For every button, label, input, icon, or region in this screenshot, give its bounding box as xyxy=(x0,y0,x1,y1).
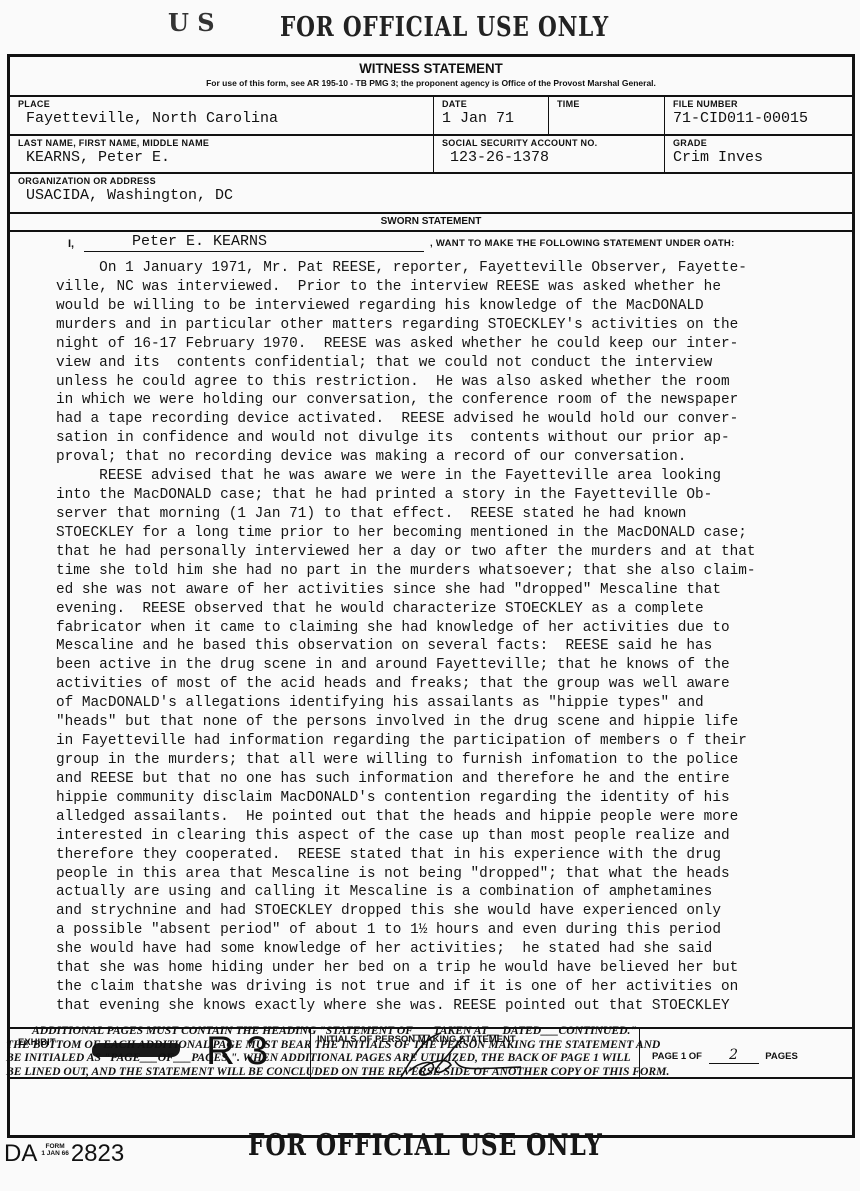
additional-pages-notice: ADDITIONAL PAGES MUST CONTAIN THE HEADIN… xyxy=(6,1024,842,1078)
statement-line: activities of most of the acid heads and… xyxy=(56,675,846,694)
statement-line: murders and in particular other matters … xyxy=(56,316,846,335)
statement-line: she would have had some knowledge of her… xyxy=(56,940,846,959)
grade-value: Crim Inves xyxy=(673,149,846,166)
statement-line: in which we were holding our conversatio… xyxy=(56,391,846,410)
statement-line: that evening she knows exactly where she… xyxy=(56,997,846,1016)
date-value: 1 Jan 71 xyxy=(442,110,542,127)
notice-line: BE INITIALED AS "PAGE___OF___PAGES.". WH… xyxy=(6,1051,842,1065)
statement-line: STOECKLEY for a long time prior to her b… xyxy=(56,524,846,543)
place-value: Fayetteville, North Carolina xyxy=(18,110,427,127)
file-number-label: FILE NUMBER xyxy=(673,99,846,109)
oath-line: I, Peter E. KEARNS , WANT TO MAKE THE FO… xyxy=(10,232,852,254)
row-place-date: PLACE Fayetteville, North Carolina DATE … xyxy=(10,97,852,136)
date-label: DATE xyxy=(442,99,542,109)
statement-line: hippie community disclaim MacDONALD's co… xyxy=(56,789,846,808)
statement-line: ville, NC was interviewed. Prior to the … xyxy=(56,278,846,297)
statement-line: unless he could agree to this restrictio… xyxy=(56,373,846,392)
statement-line: interested in clearing this aspect of th… xyxy=(56,827,846,846)
name-field[interactable]: LAST NAME, FIRST NAME, MIDDLE NAME KEARN… xyxy=(10,136,434,172)
statement-line: sation in confidence and would not divul… xyxy=(56,429,846,448)
statement-line: proval; that no recording device was mak… xyxy=(56,448,846,467)
statement-line: ed she was not aware of her activities s… xyxy=(56,581,846,600)
organization-value: USACIDA, Washington, DC xyxy=(18,187,846,204)
name-label: LAST NAME, FIRST NAME, MIDDLE NAME xyxy=(18,138,427,148)
form-header: WITNESS STATEMENT For use of this form, … xyxy=(10,57,852,97)
form-date: FORM1 JAN 66 xyxy=(41,1143,68,1157)
ssn-label: SOCIAL SECURITY ACCOUNT NO. xyxy=(442,138,658,148)
file-number-value: 71-CID011-00015 xyxy=(673,110,846,127)
organization-field[interactable]: ORGANIZATION OR ADDRESS USACIDA, Washing… xyxy=(10,174,852,212)
form-title: WITNESS STATEMENT xyxy=(31,57,831,76)
oath-i-label: I, xyxy=(68,238,74,250)
statement-line: On 1 January 1971, Mr. Pat REESE, report… xyxy=(56,259,846,278)
ssn-field[interactable]: SOCIAL SECURITY ACCOUNT NO. 123-26-1378 xyxy=(434,136,665,172)
statement-line: that she was home hiding under her bed o… xyxy=(56,959,846,978)
row-name-ssn: LAST NAME, FIRST NAME, MIDDLE NAME KEARN… xyxy=(10,136,852,174)
official-use-stamp-bottom: FOR OFFICIAL USE ONLY xyxy=(248,1128,603,1163)
row-organization: ORGANIZATION OR ADDRESS USACIDA, Washing… xyxy=(10,174,852,214)
statement-line: and REESE but that no one has such infor… xyxy=(56,770,846,789)
stamp-fragment: U S xyxy=(168,8,215,37)
statement-line: REESE advised that he was aware we were … xyxy=(56,467,846,486)
notice-line: BE LINED OUT, AND THE STATEMENT WILL BE … xyxy=(6,1065,842,1079)
statement-line: therefore they cooperated. REESE stated … xyxy=(56,846,846,865)
statement-line: server that morning (1 Jan 71) to that e… xyxy=(56,505,846,524)
statement-line: actually are using and calling it Mescal… xyxy=(56,883,846,902)
statement-line: people in this area that Mescaline is no… xyxy=(56,865,846,884)
statement-line: evening. REESE observed that he would ch… xyxy=(56,600,846,619)
statement-line: group in the murders; that all were will… xyxy=(56,751,846,770)
statement-line: of MacDONALD's allegations identifying h… xyxy=(56,694,846,713)
statement-line: time she told him she had no part in the… xyxy=(56,562,846,581)
place-field[interactable]: PLACE Fayetteville, North Carolina xyxy=(10,97,434,134)
witness-statement-form: WITNESS STATEMENT For use of this form, … xyxy=(7,54,855,1138)
form-prefix: DA xyxy=(4,1140,37,1167)
statement-line: view and its contents confidential; that… xyxy=(56,354,846,373)
statement-body: On 1 January 1971, Mr. Pat REESE, report… xyxy=(56,259,846,1016)
time-label: TIME xyxy=(557,99,658,109)
official-use-stamp-top: FOR OFFICIAL USE ONLY xyxy=(280,12,609,43)
statement-line: into the MacDONALD case; that he had pri… xyxy=(56,486,846,505)
sworn-statement-heading: SWORN STATEMENT xyxy=(10,214,852,232)
oath-text: , WANT TO MAKE THE FOLLOWING STATEMENT U… xyxy=(430,238,735,249)
statement-line: would be willing to be interviewed regar… xyxy=(56,297,846,316)
statement-line: the claim thatshe was driving is not tru… xyxy=(56,978,846,997)
statement-line: Mescaline and he based this observation … xyxy=(56,637,846,656)
time-field[interactable]: TIME xyxy=(549,97,665,134)
grade-label: GRADE xyxy=(673,138,846,148)
ssn-value: 123-26-1378 xyxy=(442,149,658,166)
form-small-label: FORM xyxy=(46,1143,65,1150)
form-identifier: DAFORM1 JAN 662823 xyxy=(4,1140,124,1168)
statement-line: a possible "absent period" of about 1 to… xyxy=(56,921,846,940)
organization-label: ORGANIZATION OR ADDRESS xyxy=(18,176,846,186)
form-subtitle: For use of this form, see AR 195-10 - TB… xyxy=(10,78,852,88)
notice-line: THE BOTTOM OF EACH ADDITIONAL PAGE MUST … xyxy=(6,1038,842,1052)
name-value: KEARNS, Peter E. xyxy=(18,149,427,166)
grade-field[interactable]: GRADE Crim Inves xyxy=(665,136,852,172)
file-number-field[interactable]: FILE NUMBER 71-CID011-00015 xyxy=(665,97,852,134)
form-small-date: 1 JAN 66 xyxy=(41,1150,68,1157)
form-number: 2823 xyxy=(71,1140,124,1167)
statement-line: "heads" but that none of the persons inv… xyxy=(56,713,846,732)
statement-line: in Fayetteville had information regardin… xyxy=(56,732,846,751)
statement-line: alledged assailants. He pointed out that… xyxy=(56,808,846,827)
statement-line: had a tape recording device activated. R… xyxy=(56,410,846,429)
notice-line: ADDITIONAL PAGES MUST CONTAIN THE HEADIN… xyxy=(6,1024,842,1038)
statement-line: night of 16-17 February 1970. REESE was … xyxy=(56,335,846,354)
statement-line: fabricator when it came to claiming she … xyxy=(56,619,846,638)
declarant-name-field[interactable]: Peter E. KEARNS xyxy=(84,234,424,252)
place-label: PLACE xyxy=(18,99,427,109)
statement-line: been active in the drug scene in and aro… xyxy=(56,656,846,675)
statement-line: and strychnine and had STOECKLEY dropped… xyxy=(56,902,846,921)
date-field[interactable]: DATE 1 Jan 71 xyxy=(434,97,549,134)
statement-line: that he had personally interviewed her a… xyxy=(56,543,846,562)
